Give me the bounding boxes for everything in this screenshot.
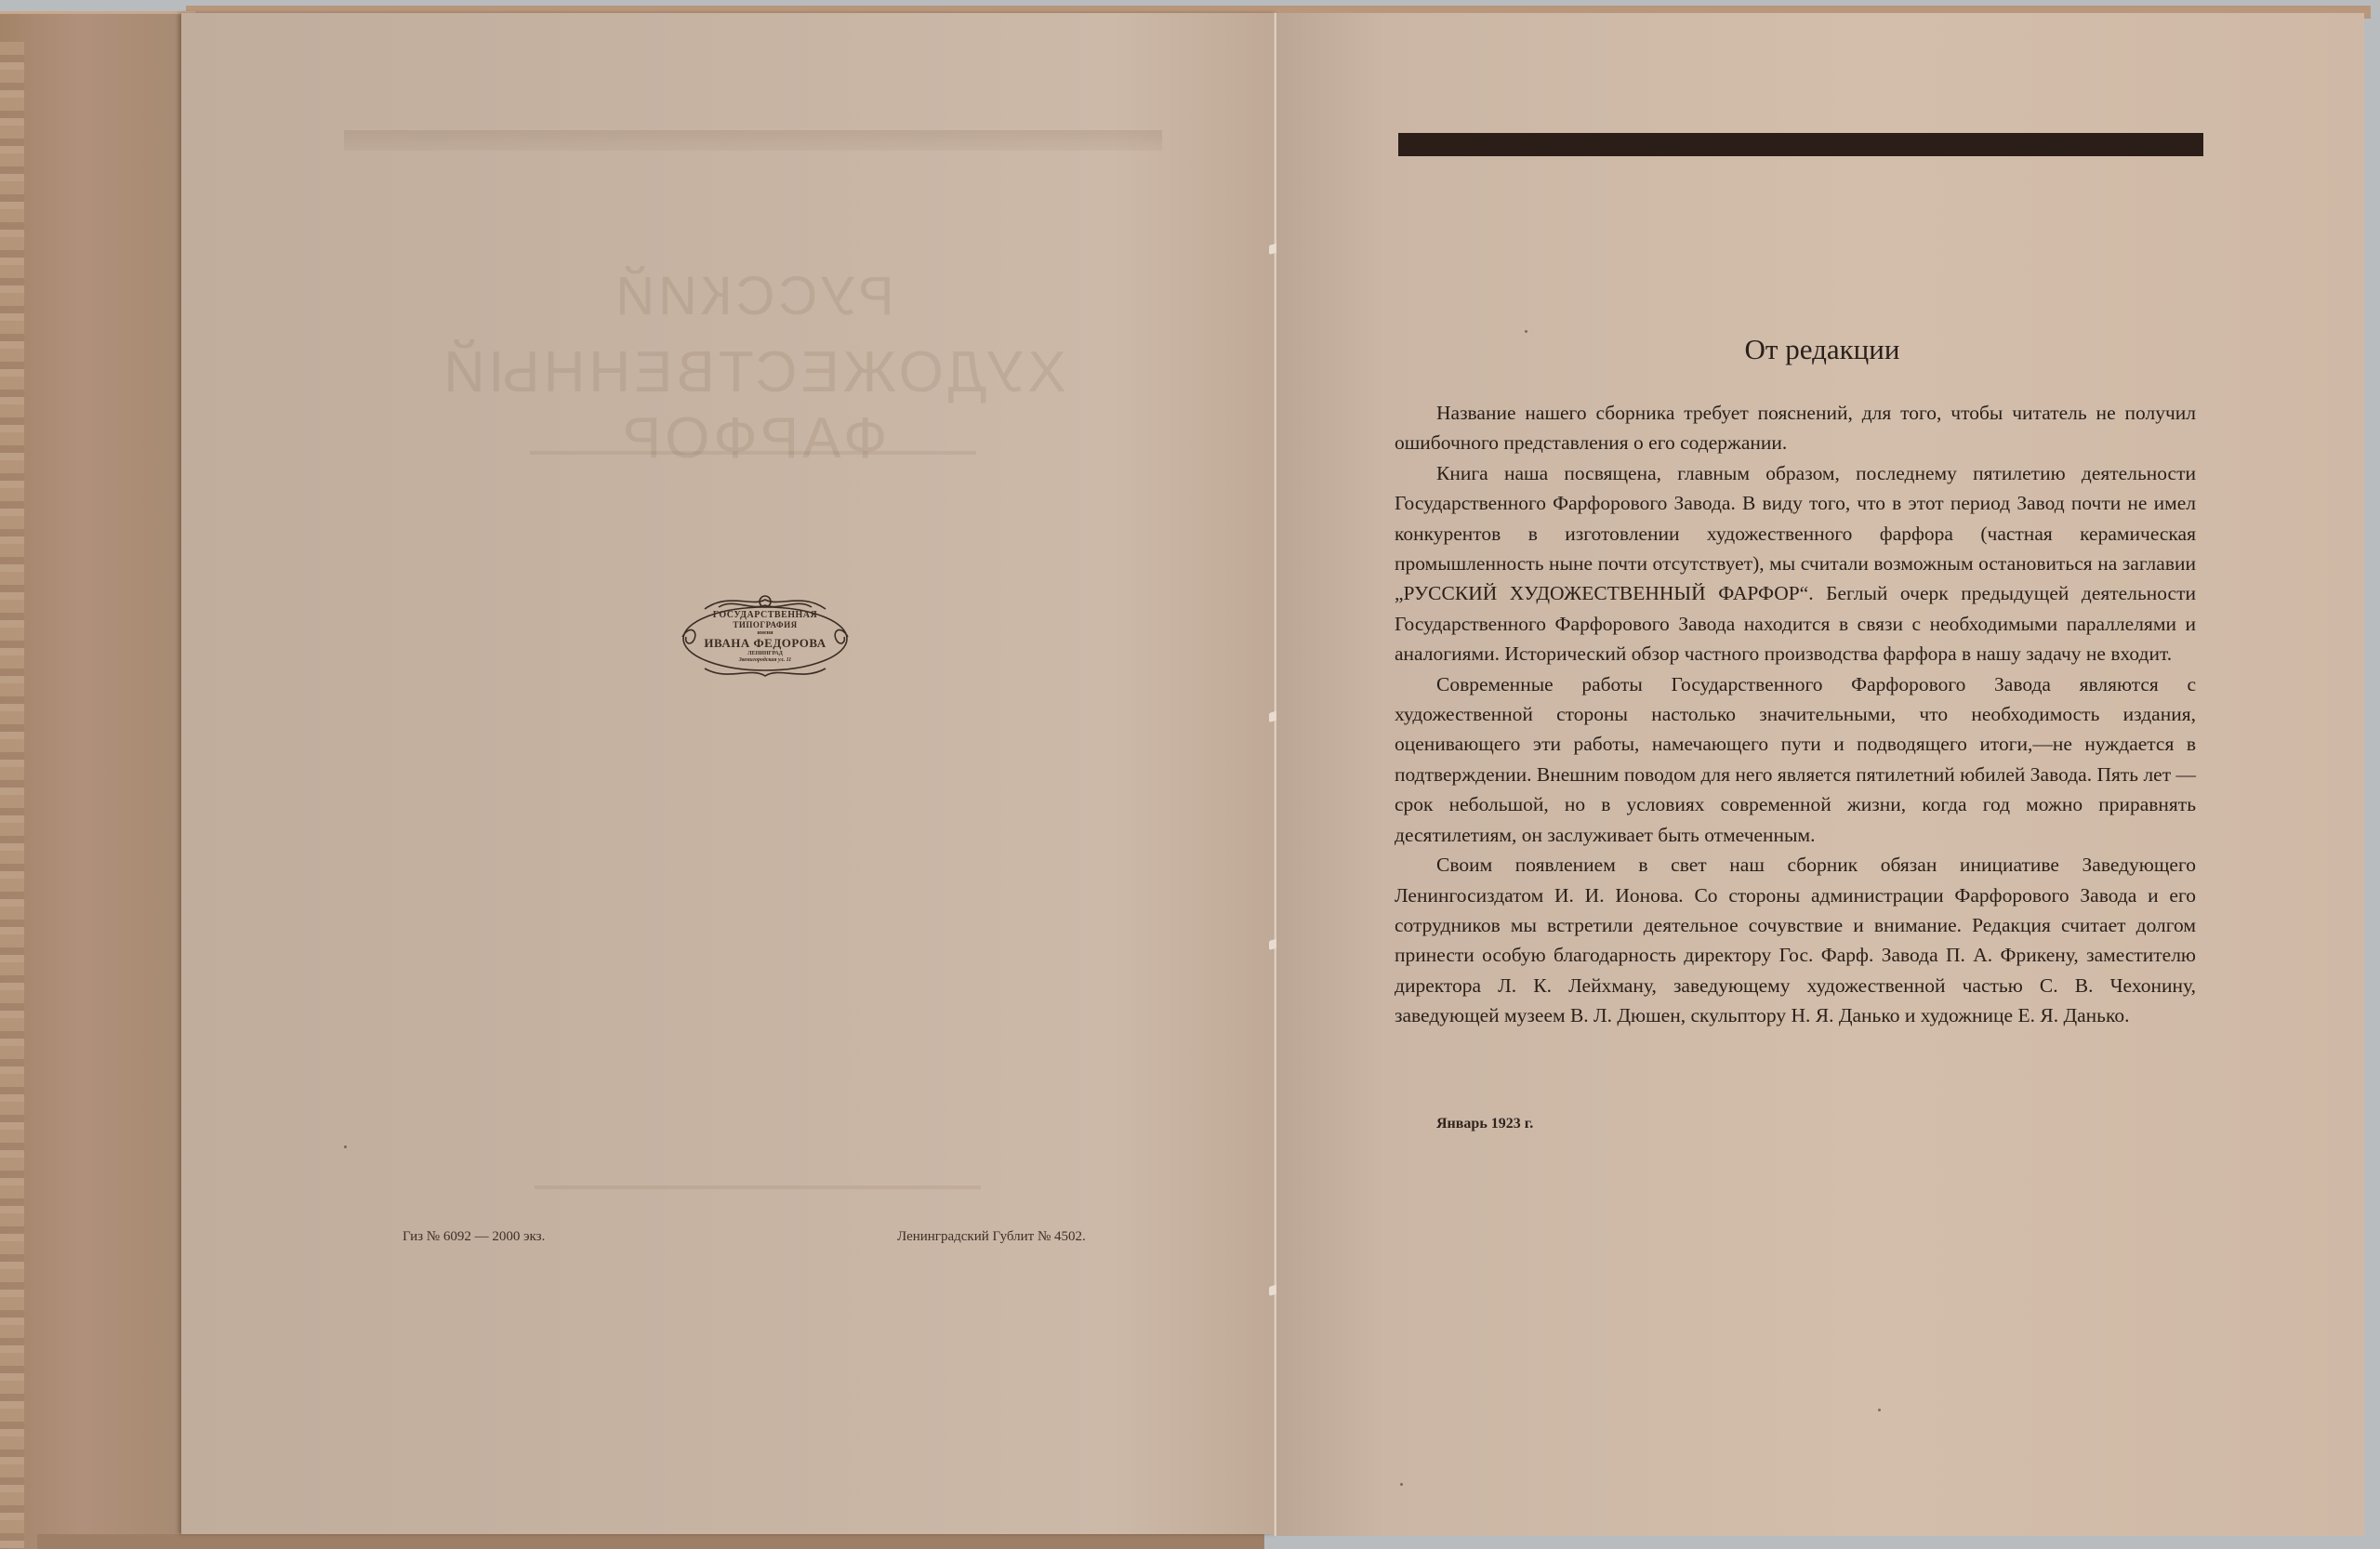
decorative-black-bar bbox=[1398, 133, 2203, 156]
date-line: Январь 1923 г. bbox=[1436, 1116, 1533, 1132]
editorial-body: Название нашего сборника требует пояснен… bbox=[1395, 398, 2196, 1031]
bleed-through-bar bbox=[344, 130, 1162, 151]
stamp-line-2: ТИПОГРАФИЯ bbox=[677, 621, 853, 629]
cover-board-left bbox=[0, 11, 195, 1549]
frayed-cover-edge bbox=[0, 42, 24, 1548]
cover-bottom-edge bbox=[37, 1534, 1264, 1549]
colophon-print-run: Гиз № 6092 — 2000 экз. bbox=[403, 1229, 545, 1245]
paragraph: Своим появлением в свет наш сборник обяз… bbox=[1395, 850, 2196, 1030]
colophon-censor-number: Ленинградский Гублит № 4502. bbox=[897, 1229, 1086, 1245]
paper-speck bbox=[1400, 1483, 1403, 1486]
bleed-through-rule bbox=[530, 451, 976, 455]
book-spread: РУССКИЙ ХУДОЖЕСТВЕННЫЙ ФАРФОР ГОСУДАРСТВ… bbox=[0, 0, 2380, 1549]
paragraph: Название нашего сборника требует пояснен… bbox=[1395, 398, 2196, 458]
paper-speck bbox=[1878, 1409, 1881, 1411]
bleed-through-rule-bottom bbox=[535, 1185, 981, 1189]
page-heading: От редакции bbox=[1376, 333, 2268, 366]
stamp-line-4: ИВАНА ФЕДОРОВА bbox=[677, 637, 853, 649]
stamp-line-6: Звенигородская ул. 11 bbox=[677, 657, 853, 663]
paragraph: Книга наша посвящена, главным образом, п… bbox=[1395, 458, 2196, 669]
paragraph: Современные работы Государственного Фарф… bbox=[1395, 669, 2196, 850]
stamp-line-1: ГОСУДАРСТВЕННАЯ bbox=[677, 590, 853, 620]
left-page bbox=[181, 13, 1276, 1534]
paper-speck bbox=[344, 1145, 347, 1148]
paper-speck bbox=[1525, 330, 1527, 333]
printer-stamp: ГОСУДАРСТВЕННАЯ ТИПОГРАФИЯ имени ИВАНА Ф… bbox=[677, 590, 853, 683]
stamp-line-5: ЛЕНИНГРАД bbox=[677, 651, 853, 656]
bleed-through-title-line1: РУССКИЙ bbox=[344, 265, 1162, 327]
